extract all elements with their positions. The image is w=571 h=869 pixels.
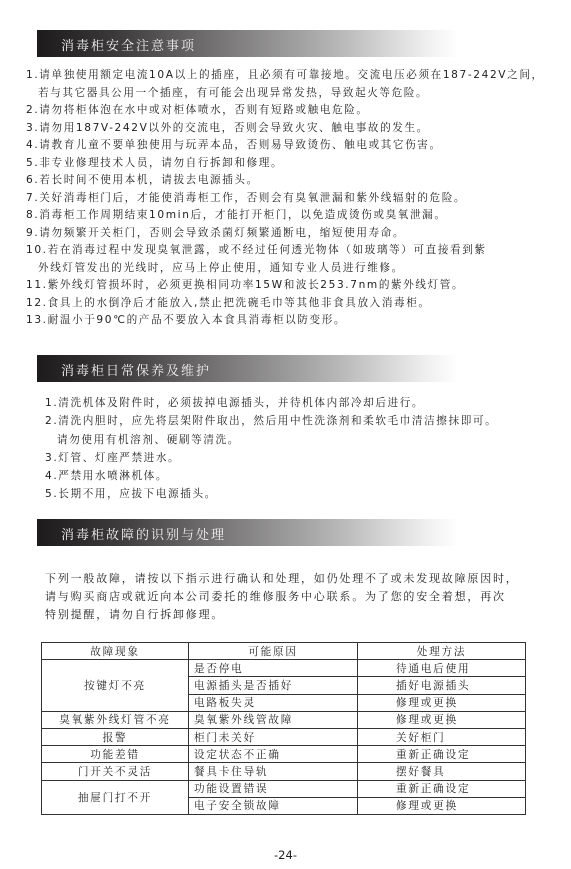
cause-cell: 设定状态不正确 xyxy=(189,746,358,763)
section-header-troubleshooting: 消毒柜故障的识别与处理 xyxy=(37,519,458,546)
section-header-maintenance: 消毒柜日常保养及维护 xyxy=(37,355,458,382)
list-item: 4.严禁用水喷淋机体。 xyxy=(45,467,565,485)
symptom-cell: 臭氧紫外线灯管不亮 xyxy=(42,711,189,728)
fix-cell: 修理或更换 xyxy=(358,797,526,814)
list-item: 1.请单独使用额定电流10A以上的插座，且必须有可靠接地。交流电压必须在187-… xyxy=(26,67,566,85)
table-row: 按键灯不亮 是否停电 待通电后使用 xyxy=(42,660,526,677)
table-row: 功能差错 设定状态不正确 重新正确设定 xyxy=(42,746,526,763)
intro-line: 特别提醒，请勿自行拆卸修理。 xyxy=(45,606,560,624)
list-item: 13.耐温小于90℃的产品不要放入本食具消毒柜以防变形。 xyxy=(26,312,566,330)
cause-cell: 柜门未关好 xyxy=(189,728,358,745)
fix-cell: 重新正确设定 xyxy=(358,780,526,797)
intro-line: 下列一般故障，请按以下指示进行确认和处理，如仍处理不了或未发现故障原因时， xyxy=(45,570,560,588)
safety-list: 1.请单独使用额定电流10A以上的插座，且必须有可靠接地。交流电压必须在187-… xyxy=(26,67,566,330)
symptom-cell: 门开关不灵活 xyxy=(42,763,189,780)
list-item: 4.请教育儿童不要单独使用与玩弄本品，否则易导致烫伤、触电或其它伤害。 xyxy=(26,137,566,155)
section-header-safety: 消毒柜安全注意事项 xyxy=(37,30,458,57)
list-item: 1.清洗机体及附件时，必须拔掉电源插头，并待机体内部冷却后进行。 xyxy=(45,394,565,412)
symptom-cell: 报警 xyxy=(42,728,189,745)
symptom-cell: 按键灯不亮 xyxy=(42,660,189,712)
section-title: 消毒柜日常保养及维护 xyxy=(61,360,211,379)
list-item: 若与其它器具公用一个插座，有可能会出现异常发热，导致起火等危险。 xyxy=(26,85,566,103)
cause-cell: 电子安全锁故障 xyxy=(189,797,358,814)
table-header-row: 故障现象 可能原因 处理方法 xyxy=(42,643,526,660)
list-item: 请勿使用有机溶剂、硬刷等清洗。 xyxy=(45,431,565,449)
header-symptom: 故障现象 xyxy=(42,643,189,660)
cause-cell: 臭氧紫外线管故障 xyxy=(189,711,358,728)
cause-cell: 功能设置错误 xyxy=(189,780,358,797)
list-item: 5.非专业修理技术人员，请勿自行拆卸和修理。 xyxy=(26,155,566,173)
fix-cell: 待通电后使用 xyxy=(358,660,526,677)
list-item: 11.紫外线灯管损坏时，必须更换相同功率15W和波长253.7nm的紫外线灯管。 xyxy=(26,277,566,295)
maintenance-list: 1.清洗机体及附件时，必须拔掉电源插头，并待机体内部冷却后进行。 2.清洗内胆时… xyxy=(45,394,565,504)
section-title: 消毒柜故障的识别与处理 xyxy=(61,524,226,543)
section-title: 消毒柜安全注意事项 xyxy=(61,35,196,54)
fix-cell: 插好电源插头 xyxy=(358,677,526,694)
fix-cell: 关好柜门 xyxy=(358,728,526,745)
fix-cell: 修理或更换 xyxy=(358,694,526,711)
cause-cell: 电源插头是否插好 xyxy=(189,677,358,694)
header-fix: 处理方法 xyxy=(358,643,526,660)
list-item: 6.若长时间不使用本机，请拔去电源插头。 xyxy=(26,172,566,190)
symptom-cell: 抽屉门打不开 xyxy=(42,780,189,814)
cause-cell: 是否停电 xyxy=(189,660,358,677)
cause-cell: 餐具卡住导轨 xyxy=(189,763,358,780)
list-item: 3.灯管、灯座严禁进水。 xyxy=(45,449,565,467)
table-row: 报警 柜门未关好 关好柜门 xyxy=(42,728,526,745)
fault-table: 故障现象 可能原因 处理方法 按键灯不亮 是否停电 待通电后使用 电源插头是否插… xyxy=(41,642,526,815)
fix-cell: 重新正确设定 xyxy=(358,746,526,763)
cause-cell: 电路板失灵 xyxy=(189,694,358,711)
list-item: 3.请勿用187V-242V以外的交流电，否则会导致火灾、触电事故的发生。 xyxy=(26,120,566,138)
list-item: 2.清洗内胆时，应先将层架附件取出，然后用中性洗涤剂和柔软毛巾清洁擦抹即可。 xyxy=(45,412,565,430)
table-row: 抽屉门打不开 功能设置错误 重新正确设定 xyxy=(42,780,526,797)
list-item: 9.请勿频繁开关柜门，否则会导致杀菌灯频繁通断电，缩短使用寿命。 xyxy=(26,225,566,243)
symptom-cell: 功能差错 xyxy=(42,746,189,763)
list-item: 12.食具上的水倒净后才能放入,禁止把洗碗毛巾等其他非食具放入消毒柜。 xyxy=(26,295,566,313)
list-item: 10.若在消毒过程中发现臭氧泄露，或不经过任何透光物体（如玻璃等）可直接看到紫 xyxy=(26,242,566,260)
list-item: 5.长期不用，应拔下电源插头。 xyxy=(45,485,565,503)
troubleshooting-intro: 下列一般故障，请按以下指示进行确认和处理，如仍处理不了或未发现故障原因时， 请与… xyxy=(45,570,560,624)
header-cause: 可能原因 xyxy=(189,643,358,660)
table-row: 门开关不灵活 餐具卡住导轨 摆好餐具 xyxy=(42,763,526,780)
list-item: 8.消毒柜工作周期结束10min后，才能打开柜门，以免造成烫伤或臭氧泄漏。 xyxy=(26,207,566,225)
page-number: -24- xyxy=(0,848,571,862)
intro-line: 请与购买商店或就近向本公司委托的维修服务中心联系。为了您的安全着想，再次 xyxy=(45,588,560,606)
list-item: 7.关好消毒柜门后，才能使消毒柜工作，否则会有臭氧泄漏和紫外线辐射的危险。 xyxy=(26,190,566,208)
fix-cell: 摆好餐具 xyxy=(358,763,526,780)
fix-cell: 修理或更换 xyxy=(358,711,526,728)
list-item: 2.请勿将柜体泡在水中或对柜体喷水，否则有短路或触电危险。 xyxy=(26,102,566,120)
table-row: 臭氧紫外线灯管不亮 臭氧紫外线管故障 修理或更换 xyxy=(42,711,526,728)
list-item: 外线灯管发出的光线时，应马上停止使用，通知专业人员进行维修。 xyxy=(26,260,566,278)
